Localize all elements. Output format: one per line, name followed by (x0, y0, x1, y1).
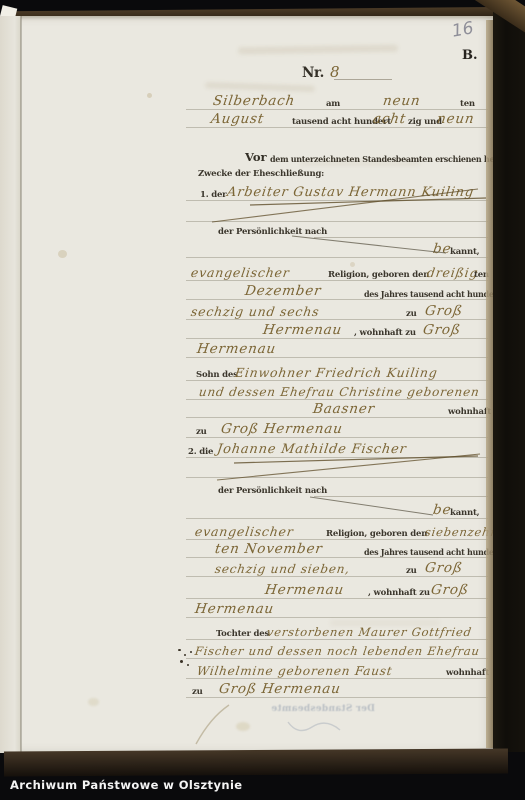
bleedthrough-stamp-text: Der Standesbeamte (258, 704, 388, 714)
book-bottom-edge (4, 748, 508, 776)
book-right-edge (493, 10, 525, 752)
archive-watermark: Archiwum Państwowe w Olsztynie (10, 778, 242, 792)
pen-strokes (0, 0, 525, 800)
archive-scan-viewer: 16 B. Nr.8 SilberbachamneuntenAugusttaus… (0, 0, 525, 800)
